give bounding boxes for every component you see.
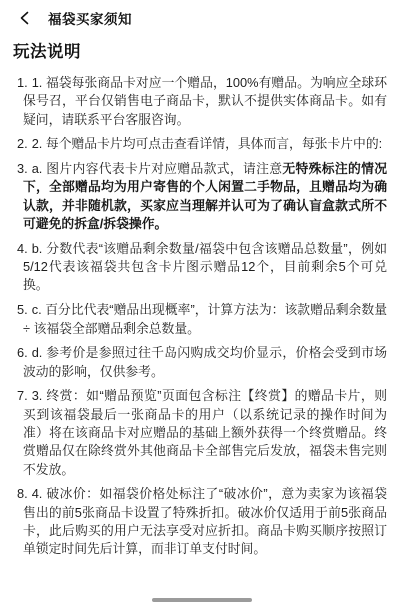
- notice-item: b. 分数代表“该赠品剩余数量/福袋中包含该赠品总数量”，例如5/12代表该福袋…: [23, 240, 387, 295]
- notice-item-text: a. 图片内容代表卡片对应赠品款式，请注意: [32, 161, 283, 176]
- chevron-left-icon: [18, 11, 32, 25]
- notice-item: 4. 破冰价：如福袋价格处标注了“破冰价”，意为卖家为该福袋售出的前5张商品卡设…: [23, 485, 387, 558]
- page-title: 福袋买家须知: [48, 8, 132, 28]
- home-indicator-bar: [152, 598, 252, 602]
- header: 福袋买家须知: [0, 0, 404, 27]
- notice-item: a. 图片内容代表卡片对应赠品款式，请注意无特殊标注的情况下，全部赠品均为用户寄…: [23, 160, 387, 233]
- notice-item: 3. 终赏：如“赠品预览”页面包含标注【终赏】的赠品卡片，则买到该福袋最后一张商…: [23, 387, 387, 478]
- notice-item-text: 4. 破冰价：如福袋价格处标注了“破冰价”，意为卖家为该福袋售出的前5张商品卡设…: [23, 486, 387, 556]
- notice-item-text: d. 参考价是参照过往千岛闪购成交均价显示，价格会受到市场波动的影响，仅供参考。: [23, 345, 387, 378]
- notice-item-text: 1. 福袋每张商品卡对应一个赠品，100%有赠品。为响应全球环保号召，平台仅销售…: [23, 75, 387, 127]
- buyer-notice-screen: 福袋买家须知 玩法说明 1. 福袋每张商品卡对应一个赠品，100%有赠品。为响应…: [0, 0, 404, 609]
- back-button[interactable]: [18, 11, 32, 25]
- notice-list: 1. 福袋每张商品卡对应一个赠品，100%有赠品。为响应全球环保号召，平台仅销售…: [0, 74, 404, 559]
- notice-item-text: 3. 终赏：如“赠品预览”页面包含标注【终赏】的赠品卡片，则买到该福袋最后一张商…: [23, 388, 387, 476]
- notice-item-text: c. 百分比代表“赠品出现概率”，计算方法为：该款赠品剩余数量 ÷ 该福袋全部赠…: [23, 302, 387, 335]
- notice-item: 2. 每个赠品卡片均可点击查看详情，具体而言，每张卡片中的:: [23, 135, 387, 153]
- notice-item: c. 百分比代表“赠品出现概率”，计算方法为：该款赠品剩余数量 ÷ 该福袋全部赠…: [23, 301, 387, 338]
- notice-item-text: 2. 每个赠品卡片均可点击查看详情，具体而言，每张卡片中的:: [32, 136, 383, 151]
- notice-item-text: b. 分数代表“该赠品剩余数量/福袋中包含该赠品总数量”，例如5/12代表该福袋…: [23, 241, 387, 293]
- section-title: 玩法说明: [13, 38, 386, 62]
- notice-item: d. 参考价是参照过往千岛闪购成交均价显示，价格会受到市场波动的影响，仅供参考。: [23, 344, 387, 381]
- notice-item: 1. 福袋每张商品卡对应一个赠品，100%有赠品。为响应全球环保号召，平台仅销售…: [23, 74, 387, 129]
